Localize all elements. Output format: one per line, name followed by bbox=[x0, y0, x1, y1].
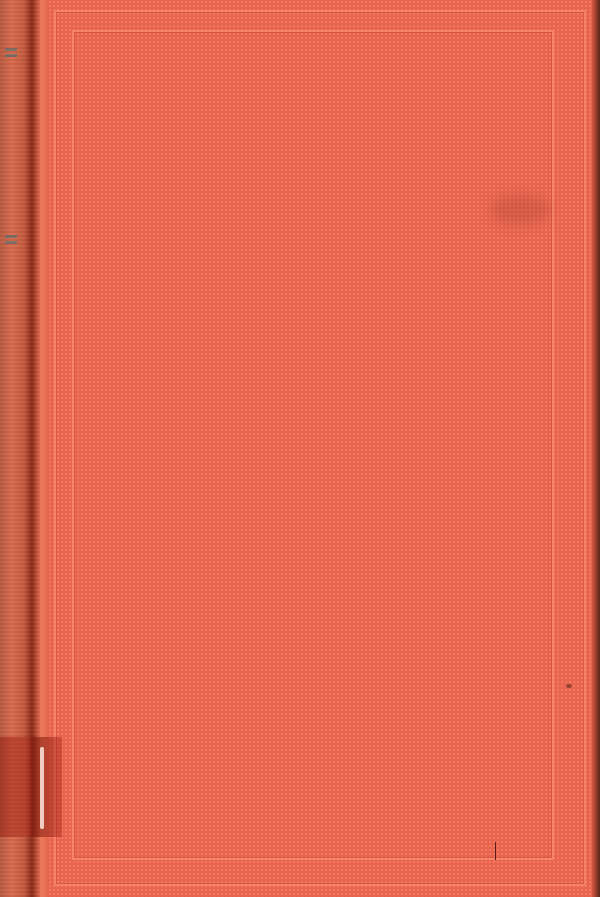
spine-gilt-rule bbox=[5, 54, 17, 57]
spine-gilt-rule bbox=[5, 235, 17, 238]
cover-right-edge bbox=[592, 0, 600, 897]
label-glare bbox=[40, 747, 44, 829]
spine-gilt-rule bbox=[5, 48, 17, 51]
library-spine-label bbox=[0, 737, 62, 837]
blind-stamped-inner-border bbox=[72, 30, 554, 860]
book-cover-photo bbox=[0, 0, 600, 897]
speck bbox=[566, 684, 572, 688]
scratch-mark bbox=[495, 842, 496, 860]
spine-gilt-rule bbox=[5, 241, 17, 244]
stain bbox=[490, 195, 550, 225]
